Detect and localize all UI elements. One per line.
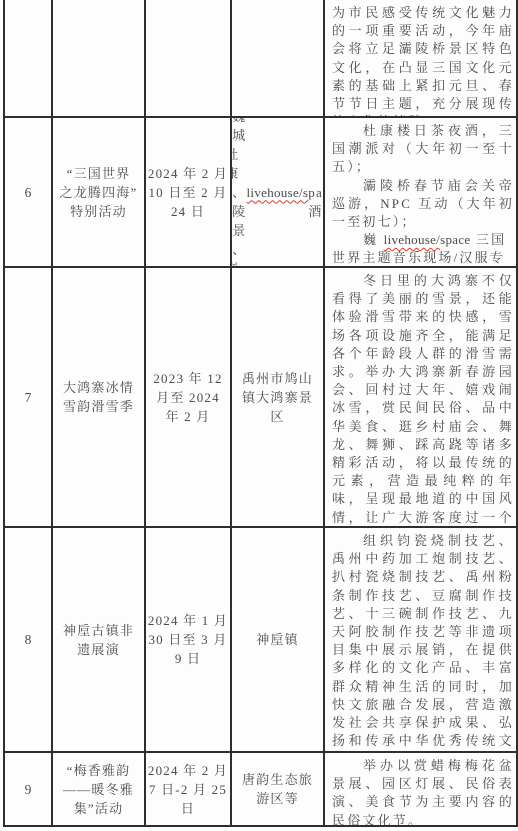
description-text: 巍 [363, 232, 384, 247]
date-cell [146, 0, 232, 116]
location-cell: 唐韵生态旅 游区等 [232, 753, 325, 825]
table-row-7: 7 大鸿寨冰情 雪韵滑雪季 2023 年 12 月至 2024 年 2 月 禹州… [5, 268, 518, 528]
activity-name-cell: 大鸿寨冰情 雪韵滑雪季 [53, 268, 146, 526]
date-cell: 2024 年 2 月 10 日至 2 月 24 日 [146, 118, 232, 266]
activity-name-cell: 神垕古镇非 遗展演 [53, 528, 146, 751]
activity-name-cell [53, 0, 146, 116]
description-paragraph: 巍 livehouse/space 三国 世界主题音乐现场/汉服专 场（大年初三… [332, 231, 514, 266]
serial-cell: 6 [5, 118, 53, 266]
location-cell: 曹魏古城杜 康楼、 灞陵桥景区、 巍 livehouse/s pace 酒吧 [232, 118, 325, 266]
serial-cell [5, 0, 53, 116]
date-cell: 2024 年 2 月 7 日-2 月 25 日 [146, 753, 232, 825]
description-paragraph: 举办以赏蜡梅梅花盆景展、园区灯展、民俗表演、美食节为主要内容的民俗文化节。 [332, 757, 514, 825]
date-cell: 2024 年 1 月 30 日至 3 月 9 日 [146, 528, 232, 751]
table-row-continuation: 为市民感受传统文化魅力的一项重要活动，今年庙会将立足灞陵桥景区特色文化，在凸显三… [5, 0, 518, 118]
location-cell [232, 0, 325, 116]
description-text: space [440, 232, 470, 247]
description-cell: 举办以赏蜡梅梅花盆景展、园区灯展、民俗表演、美食节为主要内容的民俗文化节。 [325, 753, 518, 825]
description-cell: 为市民感受传统文化魅力的一项重要活动，今年庙会将立足灞陵桥景区特色文化，在凸显三… [325, 0, 518, 116]
serial-cell: 9 [5, 753, 53, 825]
description-cell: 组织钧瓷烧制技艺、禹州中药加工炮制技艺、扒村瓷烧制技艺、禹州粉条制作技艺、豆腐制… [325, 528, 518, 751]
table-row-9: 9 “梅香雅韵 ——暖冬雅 集”活动 2024 年 2 月 7 日-2 月 25… [5, 753, 518, 827]
location-cell: 禹州市鸠山 镇大鸿寨景 区 [232, 268, 325, 526]
description-cell: 杜康楼日茶夜酒，三国潮派对（大年初一至十五）； 灞陵桥春节庙会关帝巡游，NPC … [325, 118, 518, 266]
activity-name-cell: “梅香雅韵 ——暖冬雅 集”活动 [53, 753, 146, 825]
table-row-6: 6 “三国世界 之龙腾四海” 特别活动 2024 年 2 月 10 日至 2 月… [5, 118, 518, 268]
description-paragraph: 冬日里的大鸿寨不仅看得了美丽的雪景，还能体验滑雪带来的快感，雪场各项设施齐全，能… [332, 272, 514, 526]
date-cell: 2023 年 12 月至 2024 年 2 月 [146, 268, 232, 526]
spellcheck-underline: livehouse/ [384, 232, 440, 247]
serial-cell: 7 [5, 268, 53, 526]
table-row-8: 8 神垕古镇非 遗展演 2024 年 1 月 30 日至 3 月 9 日 神垕镇… [5, 528, 518, 753]
location-text: 曹魏古城杜 康楼、 灞陵桥景区、 巍 [232, 118, 247, 266]
description-paragraph: 灞陵桥春节庙会关帝巡游，NPC 互动（大年初一至初七）； [332, 177, 514, 232]
description-paragraph: 组织钧瓷烧制技艺、禹州中药加工炮制技艺、扒村瓷烧制技艺、禹州粉条制作技艺、豆腐制… [332, 532, 514, 751]
events-table: 为市民感受传统文化魅力的一项重要活动，今年庙会将立足灞陵桥景区特色文化，在凸显三… [3, 0, 518, 827]
location-cell: 神垕镇 [232, 528, 325, 751]
description-cell: 冬日里的大鸿寨不仅看得了美丽的雪景，还能体验滑雪带来的快感，雪场各项设施齐全，能… [325, 268, 518, 526]
location-text: pace 酒吧 [308, 164, 325, 221]
description-paragraph: 杜康楼日茶夜酒，三国潮派对（大年初一至十五）； [332, 122, 514, 177]
spellcheck-underline: livehouse/s [247, 183, 309, 202]
serial-cell: 8 [5, 528, 53, 751]
description-paragraph: 为市民感受传统文化魅力的一项重要活动，今年庙会将立足灞陵桥景区特色文化，在凸显三… [332, 4, 514, 116]
activity-name-cell: “三国世界 之龙腾四海” 特别活动 [53, 118, 146, 266]
